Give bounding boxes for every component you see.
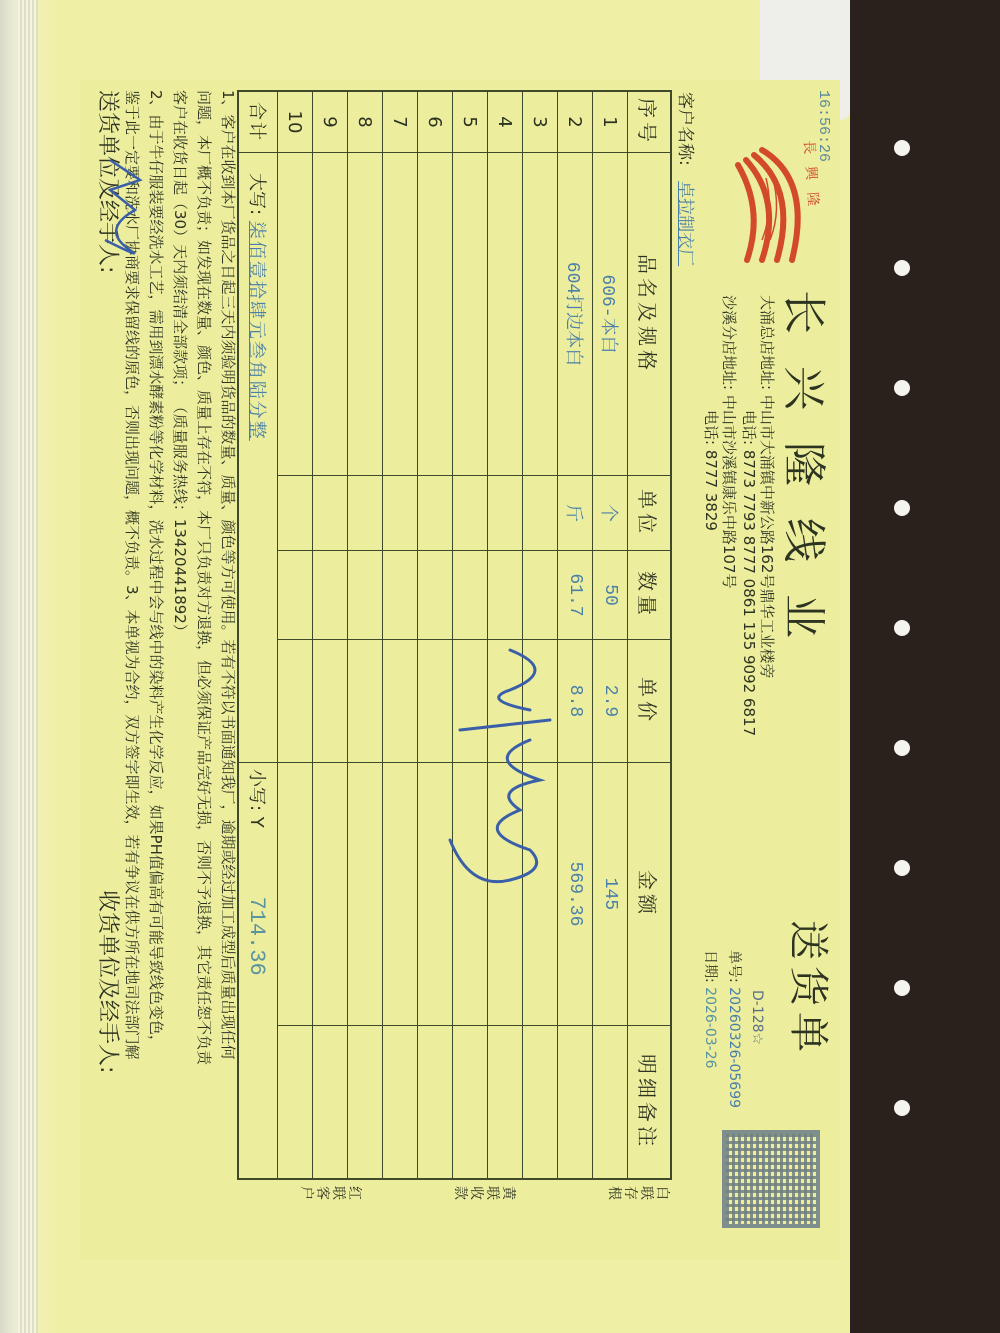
feed-hole xyxy=(894,740,910,756)
cell-note xyxy=(278,1026,313,1180)
total-lower-label: 小写: Y xyxy=(247,769,268,828)
cell-note xyxy=(488,1026,523,1180)
total-upper-value: 柒佰壹拾肆元叁角陆分整 xyxy=(246,221,267,441)
table-row: 10 xyxy=(278,91,313,1179)
cell-name xyxy=(383,153,418,476)
cell-qty xyxy=(383,551,418,640)
copy-label-yellow: 黄联收款 xyxy=(452,1186,516,1202)
table-row: 9 xyxy=(313,91,348,1179)
cell-note xyxy=(383,1026,418,1180)
cell-note xyxy=(593,1026,628,1180)
header-note: 明细备注 xyxy=(628,1026,672,1180)
company-name: 长兴隆线业 xyxy=(776,290,840,670)
paper-stack-edge xyxy=(18,0,38,1333)
cell-no: 3 xyxy=(523,91,558,153)
total-upper-label: 大写: xyxy=(246,159,267,215)
cell-name xyxy=(453,153,488,476)
cell-unit xyxy=(488,476,523,551)
cell-unit: 个 xyxy=(593,476,628,551)
feed-hole xyxy=(894,860,910,876)
header-amount: 金额 xyxy=(628,763,672,1026)
cell-amount xyxy=(348,763,383,1026)
date-label: 日期: xyxy=(702,950,718,983)
total-upper-cell: 大写: 柒佰壹拾肆元叁角陆分整 xyxy=(238,153,278,763)
table-header-row: 序号 品名及规格 单位 数量 单价 金额 明细备注 xyxy=(628,91,672,1179)
feed-hole xyxy=(894,260,910,276)
cell-name xyxy=(418,153,453,476)
delivery-note-sheet: 16:56:26 長興隆 长兴隆线业 送货单 大涌总店地址: 中山市大涌镇中新公… xyxy=(80,80,840,1260)
hq-phone-label: 电话: xyxy=(740,410,758,445)
table-row: 3 xyxy=(523,91,558,1179)
cell-note xyxy=(523,1026,558,1180)
cell-no: 6 xyxy=(418,91,453,153)
cell-name: 604打边本白 xyxy=(558,153,593,476)
table-row: 1 606-本白 个 50 2.9 145 xyxy=(593,91,628,1179)
copy-label-white: 白联存根 xyxy=(606,1186,670,1202)
cell-no: 1 xyxy=(593,91,628,153)
cell-qty xyxy=(453,551,488,640)
handwritten-signature xyxy=(430,640,570,900)
cell-unit: 斤 xyxy=(558,476,593,551)
total-label: 合计 xyxy=(238,91,278,153)
terms-line: 客户在收货日起（30）天内须结清全部款项； （质量服务热线：1342044189… xyxy=(168,90,192,1240)
header-name: 品名及规格 xyxy=(628,153,672,476)
feed-hole xyxy=(894,140,910,156)
branch-address: 中山市沙溪镇康乐中路107号 xyxy=(720,395,738,589)
cell-unit xyxy=(453,476,488,551)
cell-amount: 145 xyxy=(593,763,628,1026)
branch-phone: 8777 3829 xyxy=(702,450,720,531)
cell-amount xyxy=(383,763,418,1026)
cell-name: 606-本白 xyxy=(593,153,628,476)
order-number-row: 单号: 20260326-05699 xyxy=(725,950,745,1108)
tractor-feed-holes xyxy=(880,80,910,1260)
terms-line: 问题，本厂概不负责；如发现在数量、颜色、质量上存在不符，本厂只负责对方退换，但必… xyxy=(192,90,216,1240)
hq-phone-line: 电话: 8773 7793 8777 0861 135 9092 6817 xyxy=(739,410,760,736)
table-row: 5 xyxy=(453,91,488,1179)
table-row: 4 xyxy=(488,91,523,1179)
cell-qty xyxy=(313,551,348,640)
cell-note xyxy=(313,1026,348,1180)
terms-line: 1、客户在收到本厂货品之日起三天内须验明货品的数量、质量、颜色等方可使用。若有不… xyxy=(216,90,240,1240)
hq-address-label: 大涌总店地址: xyxy=(758,295,776,390)
cell-note xyxy=(558,1026,593,1180)
cell-price xyxy=(348,640,383,763)
delivery-note-wrap: 16:56:26 長興隆 长兴隆线业 送货单 大涌总店地址: 中山市大涌镇中新公… xyxy=(50,80,840,1330)
cell-note xyxy=(348,1026,383,1180)
cell-name xyxy=(313,153,348,476)
date-value: 2026-03-26 xyxy=(702,987,718,1068)
cell-amount xyxy=(313,763,348,1026)
branch-phone-label: 电话: xyxy=(702,410,720,445)
cell-name xyxy=(523,153,558,476)
document-type: 送货单 xyxy=(783,920,840,1058)
cell-note xyxy=(453,1026,488,1180)
header-unit: 单位 xyxy=(628,476,672,551)
cell-unit xyxy=(278,476,313,551)
cell-qty xyxy=(488,551,523,640)
hq-phone: 8773 7793 8777 0861 135 9092 6817 xyxy=(740,450,758,736)
hq-address: 中山市大涌镇中新公路162号鼎华工业楼旁 xyxy=(758,395,776,679)
header: 16:56:26 長興隆 长兴隆线业 送货单 大涌总店地址: 中山市大涌镇中新公… xyxy=(670,80,840,1260)
sender-handwritten-mark xyxy=(90,150,150,270)
cell-qty xyxy=(523,551,558,640)
customer-line: 客户名称: 卓拉制衣厂 xyxy=(675,92,700,266)
total-lower-value: 714.36 xyxy=(245,896,270,975)
cell-price xyxy=(278,640,313,763)
feed-hole xyxy=(894,980,910,996)
order-number: 20260326-05699 xyxy=(726,987,742,1108)
cell-unit xyxy=(523,476,558,551)
feed-hole xyxy=(894,1100,910,1116)
header-no: 序号 xyxy=(628,91,672,153)
cell-name xyxy=(278,153,313,476)
receiver-signature-label: 收货单位及经手人: xyxy=(94,890,125,1073)
order-info: D-128☆ 单号: 20260326-05699 日期: 2026-03-26 xyxy=(701,950,765,1108)
date-row: 日期: 2026-03-26 xyxy=(701,950,721,1108)
branch-address-line: 沙溪分店地址: 中山市沙溪镇康乐中路107号 xyxy=(719,295,740,588)
table-row: 2 604打边本白 斤 61.7 8.8 569.36 xyxy=(558,91,593,1179)
table-row: 6 xyxy=(418,91,453,1179)
customer-label: 客户名称: xyxy=(675,92,695,166)
feed-hole xyxy=(894,500,910,516)
items-table: 序号 品名及规格 单位 数量 单价 金额 明细备注 1 606-本白 个 50 … xyxy=(237,90,672,1180)
cell-price xyxy=(313,640,348,763)
cell-unit xyxy=(313,476,348,551)
branch-phone-line: 电话: 8777 3829 xyxy=(701,410,722,531)
total-lower-cell: 小写: Y 714.36 xyxy=(238,763,278,1180)
cell-no: 9 xyxy=(313,91,348,153)
cell-qty xyxy=(418,551,453,640)
cell-price: 2.9 xyxy=(593,640,628,763)
cell-price xyxy=(383,640,418,763)
cell-unit xyxy=(418,476,453,551)
cell-no: 2 xyxy=(558,91,593,153)
cell-qty: 50 xyxy=(593,551,628,640)
cell-no: 7 xyxy=(383,91,418,153)
header-price: 单价 xyxy=(628,640,672,763)
cell-no: 5 xyxy=(453,91,488,153)
table-row: 7 xyxy=(383,91,418,1179)
total-row: 合计 大写: 柒佰壹拾肆元叁角陆分整 小写: Y 714.36 xyxy=(238,91,278,1179)
cell-unit xyxy=(383,476,418,551)
copy-label-red: 红联客户 xyxy=(298,1186,362,1202)
cell-note xyxy=(418,1026,453,1180)
cell-qty: 61.7 xyxy=(558,551,593,640)
feed-hole xyxy=(894,380,910,396)
qr-code-icon xyxy=(722,1130,820,1228)
branch-address-label: 沙溪分店地址: xyxy=(720,295,738,390)
cell-no: 8 xyxy=(348,91,383,153)
hq-address-line: 大涌总店地址: 中山市大涌镇中新公路162号鼎华工业楼旁 xyxy=(757,295,778,678)
cell-no: 4 xyxy=(488,91,523,153)
copy-labels: 白联存根 黄联收款 红联客户 xyxy=(208,1186,670,1206)
cell-unit xyxy=(348,476,383,551)
cell-no: 10 xyxy=(278,91,313,153)
feed-hole xyxy=(894,620,910,636)
customer-name: 卓拉制衣厂 xyxy=(675,181,695,266)
cell-qty xyxy=(348,551,383,640)
cell-qty xyxy=(278,551,313,640)
cell-name xyxy=(488,153,523,476)
cell-name xyxy=(348,153,383,476)
cell-amount xyxy=(278,763,313,1026)
table-row: 8 xyxy=(348,91,383,1179)
header-qty: 数量 xyxy=(628,551,672,640)
order-number-label: 单号: xyxy=(726,950,742,983)
code-mark: D-128☆ xyxy=(749,990,765,1108)
